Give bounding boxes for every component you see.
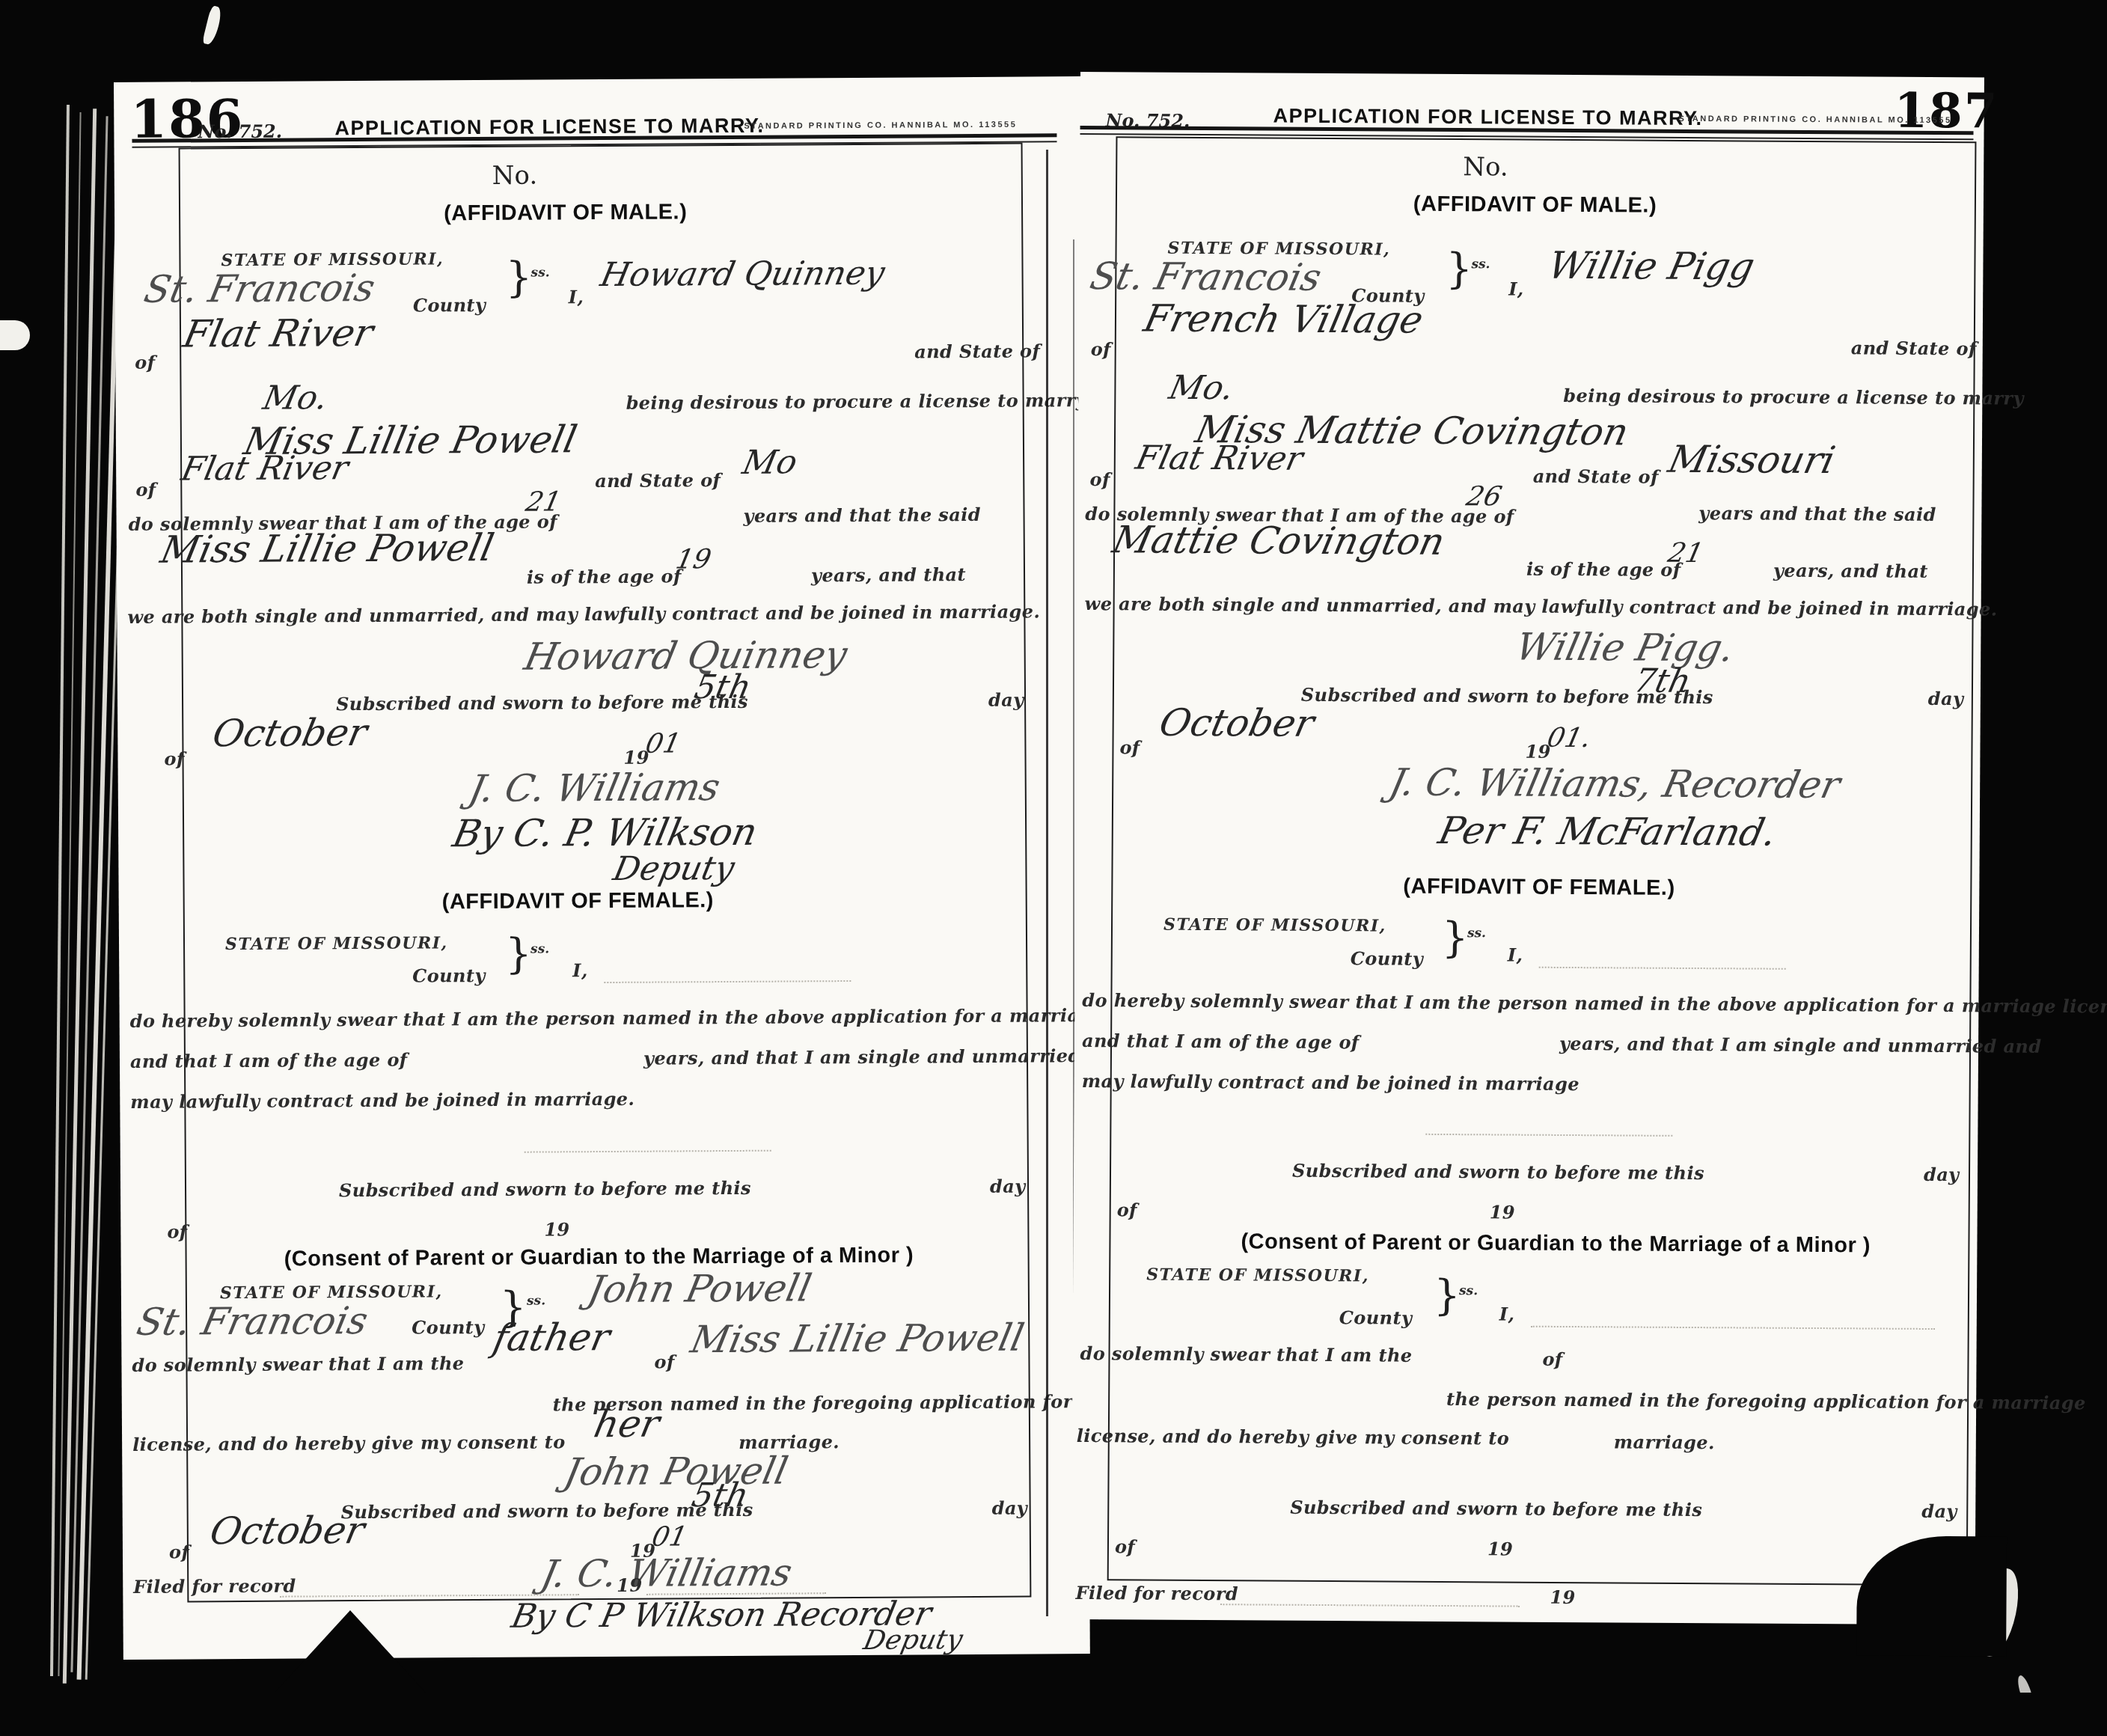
- bride-name-handwritten: Mattie Covington: [1109, 518, 1449, 563]
- state-label: STATE OF MISSOURI,: [1163, 915, 1386, 936]
- groom-state-handwritten: Mo.: [1166, 369, 1238, 407]
- female-age-label: and that I am of the age of: [130, 1049, 408, 1072]
- female-lawfully-label: may lawfully contract and be joined in m…: [1082, 1070, 1580, 1095]
- deputy-title-handwritten: Deputy: [861, 1625, 966, 1656]
- bride-state-handwritten: Missouri: [1665, 438, 1839, 482]
- brace-glyph: }: [1434, 1271, 1461, 1320]
- groom-residence-handwritten: French Village: [1140, 297, 1428, 342]
- filed-for-record-label: Filed for record: [133, 1575, 296, 1598]
- filed-for-record-label: Filed for record: [1075, 1582, 1238, 1604]
- month-handwritten: October: [1155, 701, 1318, 745]
- notary-signature-handwritten: J. C. Williams: [465, 765, 724, 810]
- bride-residence-handwritten: Flat River: [178, 449, 352, 488]
- scan-speck: [202, 5, 223, 46]
- ink-blot-triangle: [268, 1610, 432, 1700]
- printer-credit: STANDARD PRINTING CO. HANNIBAL MO. 11355…: [744, 120, 1017, 131]
- consent-swear-label: do solemnly swear that I am the: [132, 1352, 464, 1376]
- her-handwritten: her: [590, 1402, 664, 1446]
- of-label: of: [1117, 1199, 1137, 1220]
- ss-label: ss.: [1471, 257, 1490, 272]
- consent-swear-label: do solemnly swear that I am the: [1080, 1342, 1412, 1366]
- license-consent-label: license, and do hereby give my consent t…: [132, 1431, 566, 1455]
- bride-age-handwritten: 19: [673, 544, 714, 575]
- brace-glyph: }: [1442, 914, 1469, 962]
- bride-state-handwritten: Mo: [739, 443, 801, 482]
- female-age2-label: years, and that I am single and unmarrie…: [1559, 1033, 2042, 1057]
- groom-residence-handwritten: Flat River: [180, 311, 377, 356]
- of-label: of: [1115, 1535, 1135, 1557]
- groom-state-handwritten: Mo.: [260, 379, 331, 418]
- county-label: County: [412, 965, 486, 987]
- desirous-label: being desirous to procure a license to m…: [1563, 385, 2024, 409]
- printer-credit: STANDARD PRINTING CO. HANNIBAL MO. 11355…: [1679, 114, 1952, 125]
- and-state-of-label: and State of: [914, 340, 1040, 362]
- groom-name-handwritten: Willie Pigg: [1544, 244, 1758, 289]
- and-state-of-label: and State of: [595, 469, 721, 492]
- relation-handwritten: father: [489, 1315, 614, 1360]
- female-age-label: and that I am of the age of: [1082, 1030, 1360, 1053]
- of-label: of: [167, 1220, 187, 1242]
- county-handwritten: St. Francois: [1086, 254, 1325, 299]
- day-label: day: [992, 1497, 1028, 1519]
- years-said-label: years and that the said: [1698, 502, 1936, 525]
- year-19-label: 19: [1490, 1201, 1515, 1223]
- month-handwritten: October: [209, 711, 371, 755]
- i-label: I,: [572, 959, 588, 981]
- county-handwritten: St. Francois: [133, 1299, 371, 1344]
- left-page: 186 No. 752. APPLICATION FOR LICENSE TO …: [114, 76, 1090, 1660]
- month-handwritten: October: [207, 1509, 369, 1553]
- marriage-label: marriage.: [1614, 1431, 1715, 1453]
- blank-line: [1220, 1602, 1520, 1607]
- year-19-label: 19: [544, 1218, 569, 1240]
- female-lawfully-label: may lawfully contract and be joined in m…: [130, 1088, 634, 1113]
- of-label: of: [135, 479, 156, 501]
- day-handwritten: 7th: [1630, 662, 1694, 700]
- guardian-signature-handwritten: John Powell: [560, 1449, 792, 1494]
- year-handwritten: 01: [649, 1521, 690, 1552]
- notary-signature-handwritten: J. C. Williams, Recorder: [1386, 761, 1844, 807]
- of-label: of: [169, 1541, 189, 1562]
- ss-label: ss.: [530, 941, 549, 956]
- groom-age-handwritten: 21: [523, 486, 563, 517]
- is-age-label: is of the age of: [527, 565, 682, 587]
- affidavit-male-heading: (AFFIDAVIT OF MALE.): [1413, 192, 1657, 218]
- i-label: I,: [569, 286, 584, 308]
- county-label: County: [412, 1316, 485, 1339]
- day-label: day: [1924, 1164, 1960, 1185]
- deputy-signature-handwritten: Per F. McFarland.: [1434, 809, 1780, 855]
- i-label: I,: [1508, 278, 1524, 300]
- of-label: of: [1090, 468, 1110, 490]
- bride-age-handwritten: 21: [1666, 538, 1707, 569]
- subscribed-label: Subscribed and sworn to before me this: [336, 691, 748, 715]
- year-handwritten: 01: [643, 728, 683, 759]
- ss-label: ss.: [531, 265, 550, 280]
- of-label: of: [1542, 1348, 1562, 1370]
- guardian-name-handwritten: John Powell: [584, 1266, 816, 1311]
- day-label: day: [990, 1176, 1026, 1197]
- years-that-label: years, and that: [811, 563, 966, 586]
- consent-heading: (Consent of Parent or Guardian to the Ma…: [1241, 1229, 1871, 1258]
- year-19-label: 19: [1550, 1586, 1575, 1608]
- groom-signature-handwritten: Willie Pigg.: [1512, 626, 1738, 670]
- day-handwritten: 5th: [688, 1476, 752, 1515]
- groom-age-handwritten: 26: [1464, 481, 1505, 512]
- and-state-of-label: and State of: [1533, 465, 1659, 488]
- affidavit-female-heading: (AFFIDAVIT OF FEMALE.): [442, 888, 714, 914]
- license-no-label: No.: [492, 161, 538, 191]
- day-handwritten: 5th: [691, 668, 755, 707]
- deputy-title-handwritten: Deputy: [610, 849, 738, 888]
- minor-name-handwritten: Miss Lillie Powell: [687, 1316, 1027, 1362]
- book-scan: 186 No. 752. APPLICATION FOR LICENSE TO …: [0, 0, 2107, 1736]
- header-title: APPLICATION FOR LICENSE TO MARRY.: [1273, 105, 1703, 131]
- affidavit-male-heading: (AFFIDAVIT OF MALE.): [444, 200, 687, 226]
- day-label: day: [1921, 1500, 1957, 1522]
- desirous-label: being desirous to procure a license to m…: [626, 389, 1087, 414]
- year-19-label: 19: [617, 1574, 642, 1596]
- ss-label: ss.: [1459, 1283, 1478, 1298]
- state-label: STATE OF MISSOURI,: [225, 933, 448, 954]
- form-border: [179, 143, 1032, 1603]
- license-no-label: No.: [1463, 152, 1508, 182]
- of-label: of: [135, 352, 155, 373]
- subscribed-label: Subscribed and sworn to before me this: [1290, 1497, 1702, 1520]
- bride-residence-handwritten: Flat River: [1132, 439, 1306, 478]
- brace-glyph: }: [1446, 245, 1473, 293]
- and-state-of-label: and State of: [1851, 337, 1977, 359]
- scan-speck: [0, 320, 30, 350]
- county-handwritten: St. Francois: [141, 266, 379, 311]
- subscribed-label: Subscribed and sworn to before me this: [339, 1177, 751, 1201]
- person-named-label: the person named in the foregoing applic…: [1446, 1388, 2086, 1413]
- of-label: of: [1119, 736, 1140, 758]
- groom-name-handwritten: Howard Quinney: [597, 254, 888, 294]
- year-19-label: 19: [1487, 1538, 1513, 1559]
- year-handwritten: 01.: [1544, 723, 1594, 754]
- right-page: 187 No. 752. APPLICATION FOR LICENSE TO …: [1071, 72, 1984, 1625]
- ss-label: ss.: [527, 1294, 545, 1309]
- county-label: County: [413, 294, 486, 317]
- groom-signature-handwritten: Howard Quinney: [521, 633, 851, 679]
- brace-glyph: }: [505, 254, 532, 302]
- i-label: I,: [1508, 944, 1523, 966]
- i-label: I,: [1499, 1303, 1515, 1324]
- brace-glyph: }: [505, 930, 532, 979]
- state-label: STATE OF MISSOURI,: [1146, 1265, 1369, 1286]
- years-said-label: years and that the said: [743, 504, 980, 527]
- bottom-band: [0, 1693, 2107, 1736]
- of-label: of: [1091, 338, 1111, 360]
- is-age-label: is of the age of: [1526, 558, 1681, 581]
- subscribed-label: Subscribed and sworn to before me this: [1292, 1160, 1704, 1184]
- county-label: County: [1339, 1306, 1413, 1329]
- of-label: of: [164, 748, 184, 769]
- ss-label: ss.: [1467, 926, 1486, 941]
- day-label: day: [988, 689, 1024, 711]
- affidavit-female-heading: (AFFIDAVIT OF FEMALE.): [1403, 875, 1675, 901]
- bride-name-handwritten: Miss Lillie Powell: [157, 526, 498, 572]
- day-label: day: [1928, 688, 1964, 709]
- years-that-label: years, and that: [1773, 560, 1928, 582]
- notary-signature-handwritten: J. C. Williams: [537, 1550, 796, 1595]
- county-label: County: [1351, 947, 1424, 970]
- license-consent-label: license, and do hereby give my consent t…: [1077, 1425, 1510, 1449]
- female-age2-label: years, and that I am single and unmarrie…: [643, 1045, 1126, 1069]
- of-label: of: [654, 1351, 674, 1372]
- gutter-crease: [1046, 150, 1048, 1616]
